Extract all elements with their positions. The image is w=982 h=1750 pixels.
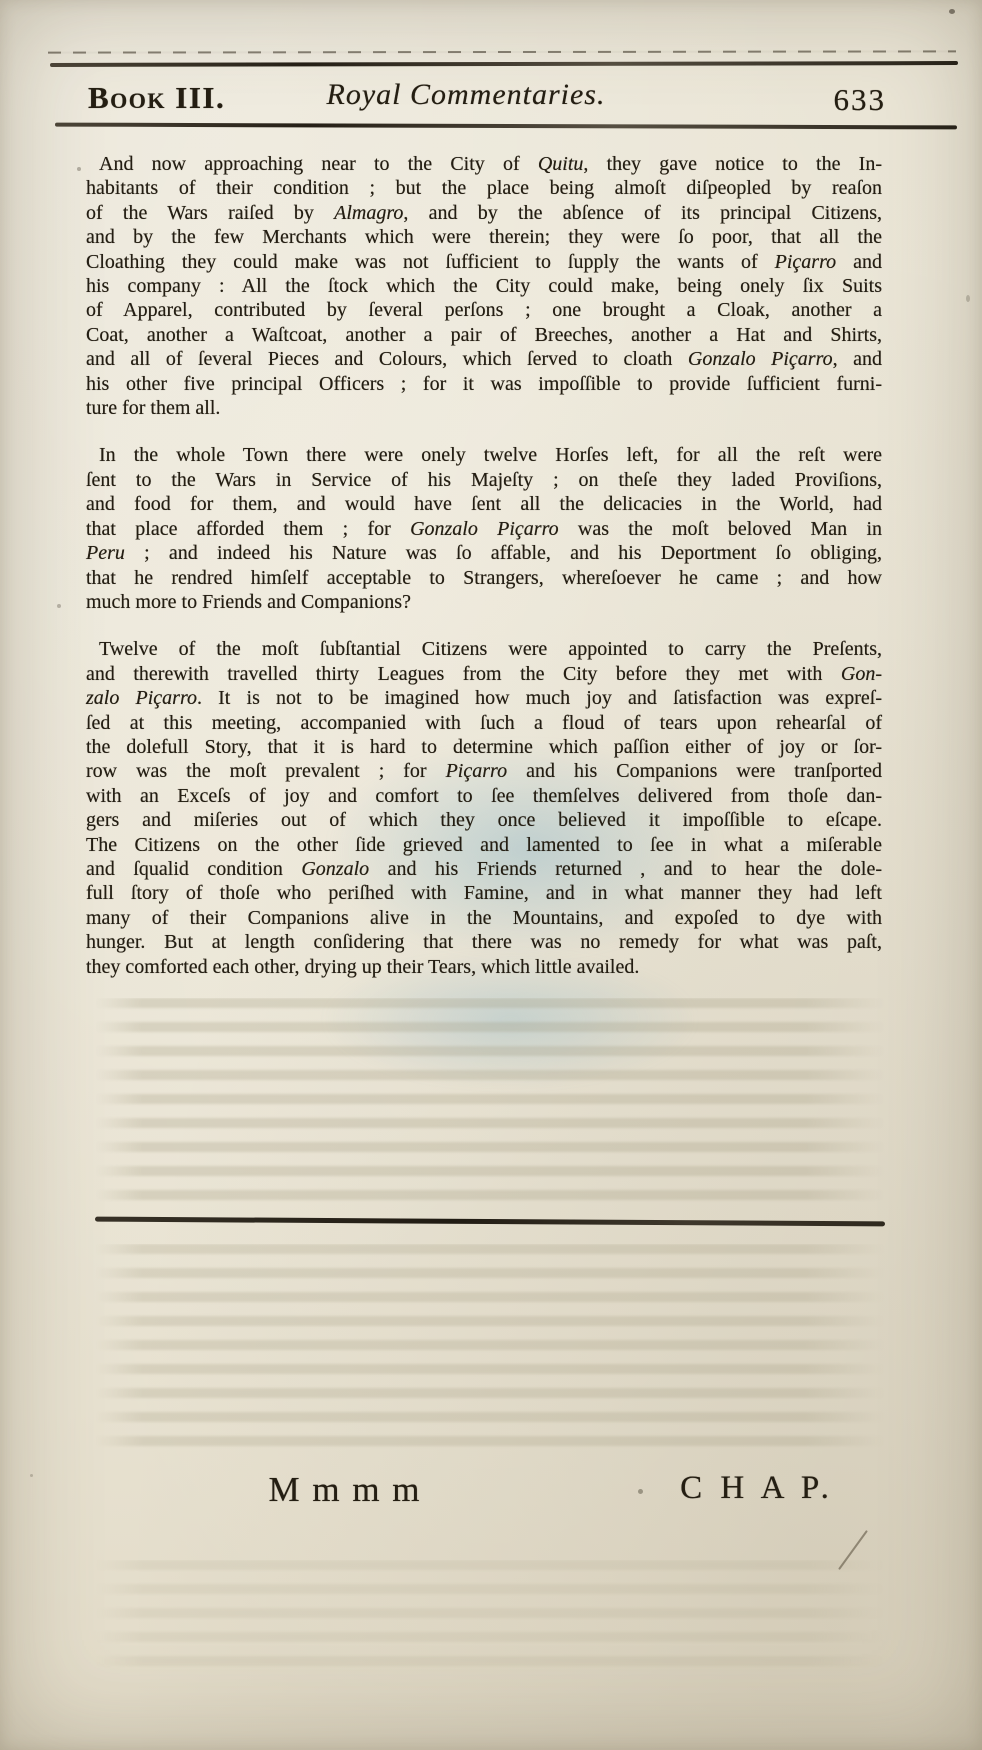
text-segment: that he rendred himſelf acceptable to St… [86, 567, 882, 589]
text-segment: full ſtory of thoſe who periſhed with Fa… [86, 882, 882, 904]
text-segment: and food for them, and would have ſent a… [86, 493, 882, 515]
italic-text-segment: Gonzalo Piçarro [410, 518, 559, 540]
paragraph: And now approaching near to the City of … [86, 152, 882, 420]
text-line: ſent to the Wars in Service of his Majeſ… [86, 468, 882, 492]
text-line: habitants of their condition ; but the p… [86, 176, 882, 200]
text-segment: In the whole Town there were onely twelv… [99, 444, 882, 466]
text-segment: ture for them all. [86, 397, 220, 419]
text-line: and by the few Merchants which were ther… [86, 225, 882, 249]
italic-text-segment: Piçarro [775, 251, 836, 273]
italic-text-segment: Quitu [538, 153, 584, 175]
text-line: Twelve of the moſt ſubſtantial Citizens … [86, 637, 882, 661]
text-segment: ſent to the Wars in Service of his Majeſ… [86, 469, 882, 491]
text-segment: gers and miſeries out of which they once… [86, 809, 882, 831]
text-segment: and [836, 251, 882, 273]
ink-speck [966, 295, 970, 302]
text-line: and therewith travelled thirty Leagues f… [86, 662, 882, 686]
italic-text-segment: Gonzalo Piçarro [688, 348, 833, 370]
text-segment: the dolefull Story, that it is hard to d… [86, 736, 882, 758]
text-line: And now approaching near to the City of … [86, 152, 882, 176]
text-segment: they comforted each other, drying up the… [86, 956, 639, 978]
text-line: with an Exceſs of joy and comfort to ſee… [86, 784, 882, 808]
text-segment: his company : All the ſtock which the Ci… [86, 275, 882, 297]
text-segment: ; and indeed his Nature was ſo affable, … [125, 542, 882, 564]
text-segment: , they gave notice to the In- [583, 153, 882, 175]
text-segment: his other five principal Officers ; for … [86, 373, 882, 395]
text-segment: that place afforded them ; for [86, 518, 410, 540]
ink-speck [57, 604, 61, 608]
text-segment: and ſqualid condition [86, 858, 301, 880]
text-segment: of Apparel, contributed by ſeveral perſo… [86, 299, 882, 321]
ink-speck [77, 167, 81, 171]
text-line: row was the moſt prevalent ; for Piçarro… [86, 759, 882, 783]
text-segment: with an Exceſs of joy and comfort to ſee… [86, 785, 882, 807]
italic-text-segment: Gon- [841, 663, 882, 685]
running-title: Royal Commentaries. [0, 78, 957, 112]
text-line: and all of ſeveral Pieces and Colours, w… [86, 347, 882, 371]
text-line: ſed at this meeting, accompanied with ſu… [86, 711, 882, 735]
text-line: that place afforded them ; for Gonzalo P… [86, 517, 882, 541]
bleedthrough-text-ghost [95, 998, 885, 1212]
page-foot: M m m m C H A P. [0, 1470, 982, 1530]
page-number: 633 [834, 82, 887, 118]
text-block: And now approaching near to the City of … [86, 152, 882, 979]
text-line: Cloathing they could make was not ſuffic… [86, 250, 882, 274]
text-line: Peru ; and indeed his Nature was ſo affa… [86, 541, 882, 565]
top-heavy-rule [50, 61, 958, 67]
text-line: gers and miſeries out of which they once… [86, 808, 882, 832]
text-segment: and his Companions were tranſported [507, 760, 882, 782]
italic-text-segment: Gonzalo [301, 858, 369, 880]
text-line: and ſqualid condition Gonzalo and his Fr… [86, 857, 882, 881]
ink-speck [638, 1489, 643, 1494]
italic-text-segment: Almagro [334, 202, 403, 224]
text-segment: many of their Companions alive in the Mo… [86, 907, 882, 929]
text-segment: And now approaching near to the City of [99, 153, 538, 175]
bleedthrough-text-ghost [95, 1244, 885, 1454]
text-line: Coat, another a Waſtcoat, another a pair… [86, 323, 882, 347]
text-segment: , and by the abſence of its principal Ci… [403, 202, 882, 224]
text-segment: The Citizens on the other ſide grieved a… [86, 834, 882, 856]
text-line: of Apparel, contributed by ſeveral perſo… [86, 298, 882, 322]
text-segment: and all of ſeveral Pieces and Colours, w… [86, 348, 688, 370]
italic-text-segment: zalo Piçarro [86, 687, 197, 709]
top-dashed-rule [48, 50, 956, 53]
text-segment: much more to Friends and Companions? [86, 591, 411, 613]
text-line: The Citizens on the other ſide grieved a… [86, 833, 882, 857]
ink-speck [949, 9, 955, 14]
text-line: they comforted each other, drying up the… [86, 955, 882, 979]
text-segment: hunger. But at length conſidering that t… [86, 931, 882, 953]
text-line: zalo Piçarro. It is not to be imagined h… [86, 686, 882, 710]
italic-text-segment: Piçarro [446, 760, 507, 782]
text-segment: Cloathing they could make was not ſuffic… [86, 251, 775, 273]
text-line: his other five principal Officers ; for … [86, 372, 882, 396]
text-line: the dolefull Story, that it is hard to d… [86, 735, 882, 759]
text-segment: row was the moſt prevalent ; for [86, 760, 446, 782]
text-segment: Twelve of the moſt ſubſtantial Citizens … [99, 638, 882, 660]
text-line: full ſtory of thoſe who periſhed with Fa… [86, 881, 882, 905]
signature-mark: M m m m [243, 1470, 447, 1510]
text-segment: and his Friends returned , and to hear t… [369, 858, 882, 880]
text-line: In the whole Town there were onely twelv… [86, 443, 882, 467]
catchword: C H A P. [652, 1470, 862, 1507]
italic-text-segment: Peru [86, 542, 125, 564]
text-segment: ſed at this meeting, accompanied with ſu… [86, 712, 882, 734]
divider-rule [95, 1217, 885, 1227]
text-line: much more to Friends and Companions? [86, 590, 882, 614]
text-line: of the Wars raiſed by Almagro, and by th… [86, 201, 882, 225]
paragraph: Twelve of the moſt ſubſtantial Citizens … [86, 637, 882, 979]
text-segment: , and [833, 348, 882, 370]
text-segment: Coat, another a Waſtcoat, another a pair… [86, 324, 882, 346]
running-header: Book III. Royal Commentaries. 633 [0, 76, 982, 128]
text-segment: and therewith travelled thirty Leagues f… [86, 663, 841, 685]
text-line: ture for them all. [86, 396, 882, 420]
text-line: that he rendred himſelf acceptable to St… [86, 566, 882, 590]
ink-speck [30, 1474, 33, 1477]
text-segment: . It is not to be imagined how much joy … [197, 687, 882, 709]
text-line: many of their Companions alive in the Mo… [86, 906, 882, 930]
text-segment: of the Wars raiſed by [86, 202, 334, 224]
text-segment: habitants of their condition ; but the p… [86, 177, 882, 199]
text-line: his company : All the ſtock which the Ci… [86, 274, 882, 298]
text-segment: was the moſt beloved Man in [559, 518, 882, 540]
text-segment: and by the few Merchants which were ther… [86, 226, 882, 248]
bleedthrough-text-ghost [95, 1560, 885, 1680]
text-line: hunger. But at length conſidering that t… [86, 930, 882, 954]
paragraph: In the whole Town there were onely twelv… [86, 443, 882, 614]
book-page: Book III. Royal Commentaries. 633 And no… [0, 0, 982, 1750]
text-line: and food for them, and would have ſent a… [86, 492, 882, 516]
